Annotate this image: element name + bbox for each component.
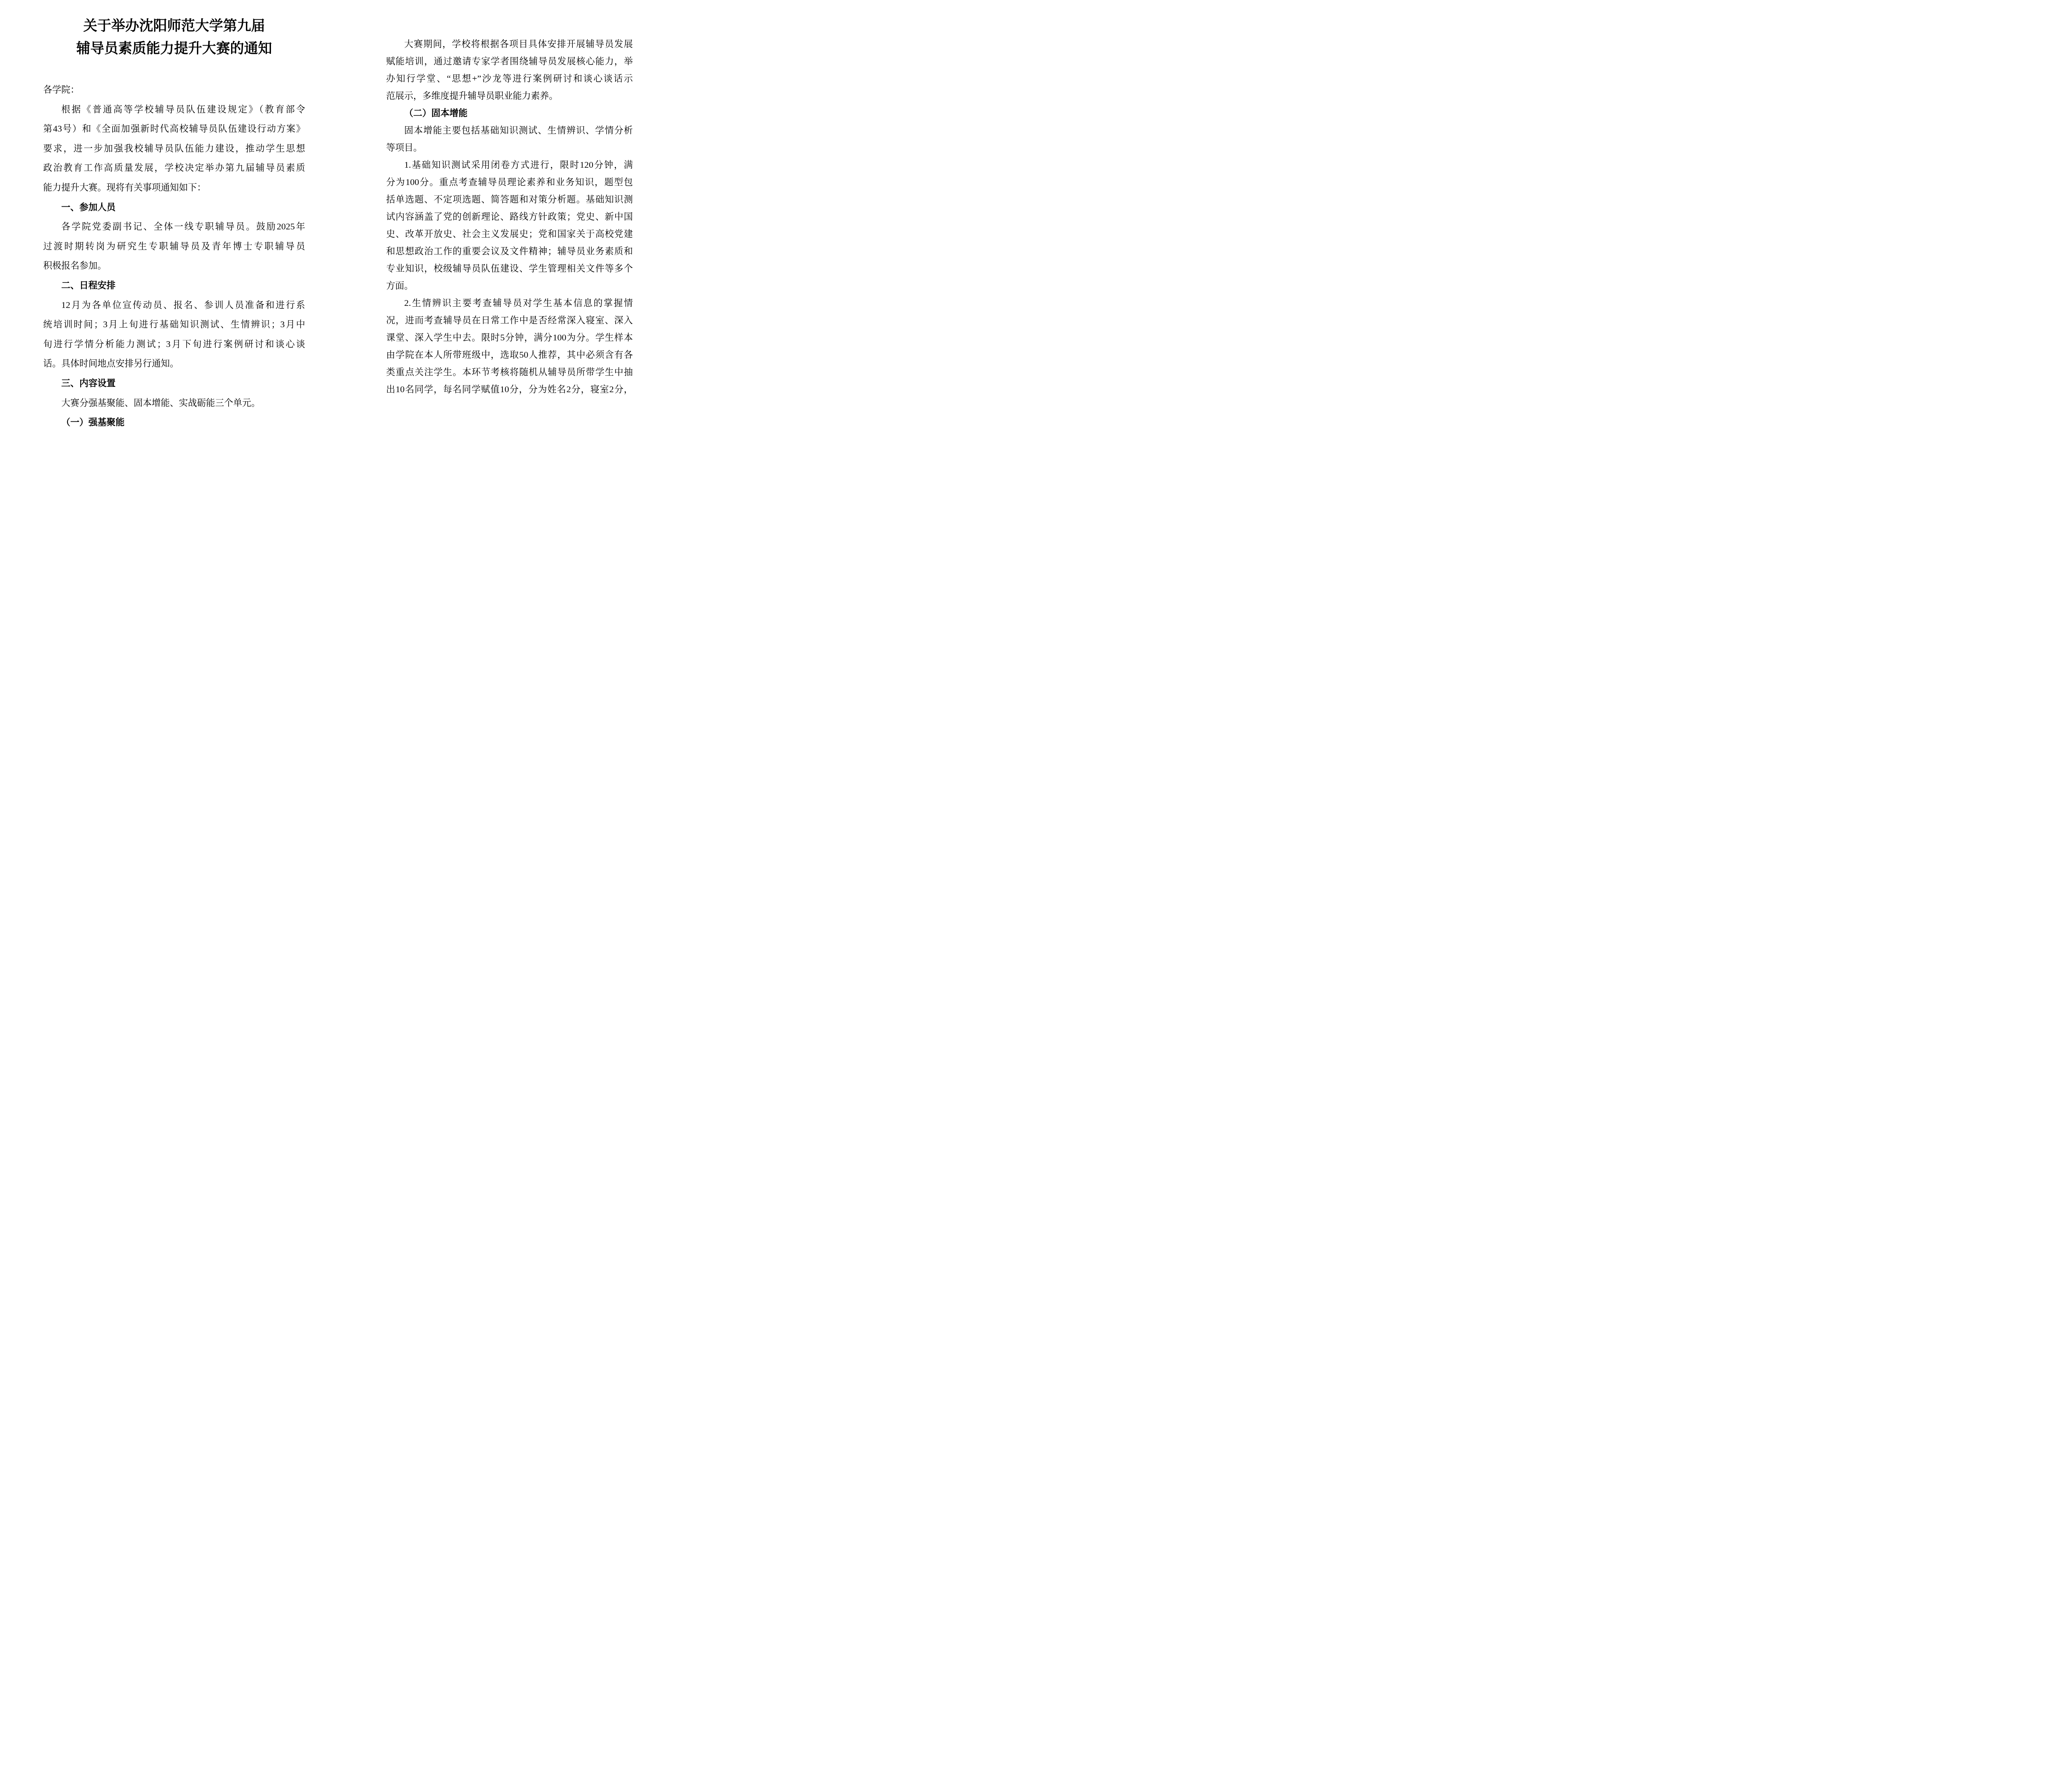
document-line: 大赛分强基聚能、固本增能、实战砺能三个单元。 — [43, 393, 305, 413]
document-line: （一）强基聚能 — [43, 412, 305, 432]
document-line: 办知行学堂、“思想+”沙龙等进行案例研讨和谈心谈话示 — [386, 70, 633, 87]
document-line: 试内容涵盖了党的创新理论、路线方针政策；党史、新中国 — [386, 208, 633, 225]
document-line: 方面。 — [386, 277, 633, 294]
document-line: （二）固本增能 — [386, 104, 633, 122]
document-line: 出10名同学，每名同学赋值10分，分为姓名2分，寝室2分， — [386, 381, 633, 398]
document-line: 课堂、深入学生中去。限时5分钟，满分100为分。学生样本 — [386, 329, 633, 346]
document-line: 政治教育工作高质量发展，学校决定举办第九届辅导员素质 — [43, 158, 305, 178]
document-line: 第43号）和《全面加强新时代高校辅导员队伍建设行动方案》 — [43, 119, 305, 139]
document-line: 况，进而考查辅导员在日常工作中是否经常深入寝室、深入 — [386, 312, 633, 329]
document-line: 大赛期间，学校将根据各项目具体安排开展辅导员发展 — [386, 35, 633, 53]
document-line: 12月为各单位宣传动员、报名、参训人员准备和进行系 — [43, 295, 305, 315]
document-spread: 关于举办沈阳师范大学第九届 辅导员素质能力提升大赛的通知 各学院：根据《普通高等… — [0, 0, 672, 448]
document-line: 类重点关注学生。本环节考核将随机从辅导员所带学生中抽 — [386, 363, 633, 381]
document-line: 2.生情辨识主要考查辅导员对学生基本信息的掌握情 — [386, 294, 633, 312]
document-line: 史、改革开放史、社会主义发展史；党和国家关于高校党建 — [386, 225, 633, 243]
document-line: 积极报名参加。 — [43, 256, 305, 275]
document-line: 旬进行学情分析能力测试；3月下旬进行案例研讨和谈心谈 — [43, 334, 305, 354]
page-1-text-column: 各学院：根据《普通高等学校辅导员队伍建设规定》（教育部令第43号）和《全面加强新… — [43, 80, 305, 432]
document-line: 话。具体时间地点安排另行通知。 — [43, 354, 305, 373]
document-line: 和思想政治工作的重要会议及文件精神；辅导员业务素质和 — [386, 243, 633, 260]
notice-title-line-2: 辅导员素质能力提升大赛的通知 — [43, 37, 305, 60]
page-2-text-column: 大赛期间，学校将根据各项目具体安排开展辅导员发展赋能培训，通过邀请专家学者围绕辅… — [386, 35, 633, 398]
document-line: 三、内容设置 — [43, 373, 305, 393]
document-line: 过渡时期转岗为研究生专职辅导员及青年博士专职辅导员 — [43, 236, 305, 256]
notice-title: 关于举办沈阳师范大学第九届 辅导员素质能力提升大赛的通知 — [43, 15, 305, 60]
document-line: 分为100分。重点考查辅导员理论素养和业务知识，题型包 — [386, 173, 633, 191]
document-line: 等项目。 — [386, 139, 633, 156]
document-line: 范展示，多维度提升辅导员职业能力素养。 — [386, 87, 633, 104]
document-line: 根据《普通高等学校辅导员队伍建设规定》（教育部令 — [43, 99, 305, 119]
document-line: 由学院在本人所带班级中，选取50人推荐，其中必须含有各 — [386, 346, 633, 363]
document-line: 专业知识，校级辅导员队伍建设、学生管理相关文件等多个 — [386, 260, 633, 277]
document-line: 各学院： — [43, 80, 305, 99]
document-line: 二、日程安排 — [43, 275, 305, 295]
document-line: 各学院党委副书记、全体一线专职辅导员。鼓励2025年 — [43, 217, 305, 236]
document-line: 统培训时间；3月上旬进行基础知识测试、生情辨识；3月中 — [43, 314, 305, 334]
document-line: 赋能培训，通过邀请专家学者围绕辅导员发展核心能力，举 — [386, 53, 633, 70]
document-line: 固本增能主要包括基础知识测试、生情辨识、学情分析 — [386, 122, 633, 139]
document-line: 括单选题、不定项选题、简答题和对策分析题。基础知识测 — [386, 191, 633, 208]
notice-title-line-1: 关于举办沈阳师范大学第九届 — [43, 15, 305, 37]
document-line: 一、参加人员 — [43, 197, 305, 217]
document-line: 要求，进一步加强我校辅导员队伍能力建设，推动学生思想 — [43, 139, 305, 158]
document-line: 1.基础知识测试采用闭卷方式进行，限时120分钟，满 — [386, 156, 633, 173]
document-line: 能力提升大赛。现将有关事项通知如下： — [43, 178, 305, 197]
